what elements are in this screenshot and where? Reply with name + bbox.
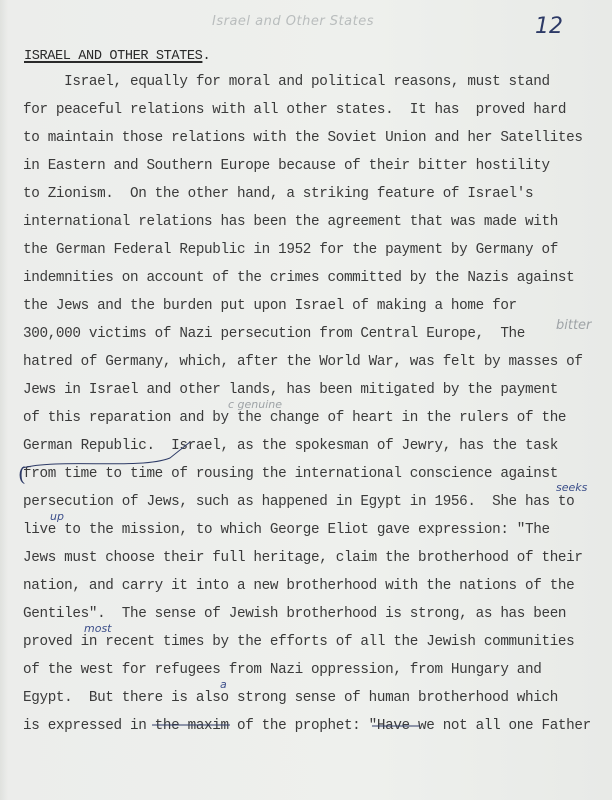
text-line: indemnities on account of the crimes com… — [23, 269, 574, 287]
text-line: live to the mission, to which George Eli… — [23, 521, 550, 539]
text-line: of the west for refugees from Nazi oppre… — [23, 661, 541, 679]
text-line: Israel, equally for moral and political … — [23, 73, 550, 91]
annotation-seeks: seeks — [556, 481, 587, 494]
text-line: the German Federal Republic in 1952 for … — [23, 241, 558, 259]
text-line: to Zionism. On the other hand, a strikin… — [23, 185, 533, 203]
title-text: ISRAEL AND OTHER STATES — [24, 49, 202, 64]
underline-mark — [370, 724, 430, 728]
document-page: Israel and Other States 12 ISRAEL AND OT… — [0, 0, 612, 800]
text-line: of this reparation and by the change of … — [23, 409, 566, 427]
text-line: persecution of Jews, such as happened in… — [23, 493, 574, 511]
text-line: hatred of Germany, which, after the Worl… — [23, 353, 583, 371]
text-line: Jews must choose their full heritage, cl… — [23, 549, 583, 567]
document-title: ISRAEL AND OTHER STATES. — [24, 49, 210, 64]
text-line: nation, and carry it into a new brotherh… — [23, 577, 574, 595]
annotation-most: most — [84, 622, 112, 635]
text-line: to maintain those relations with the Sov… — [23, 129, 583, 147]
text-line: in Eastern and Southern Europe because o… — [23, 157, 550, 175]
text-line: for peaceful relations with all other st… — [23, 101, 566, 119]
annotation-bitter: bitter — [556, 318, 591, 333]
text-line: proved in recent times by the efforts of… — [23, 633, 574, 651]
annotation-a: a — [220, 678, 227, 691]
page-number: 12 — [535, 14, 563, 39]
title-period: . — [202, 49, 210, 64]
text-line: Jews in Israel and other lands, has been… — [23, 381, 558, 399]
handwritten-header: Israel and Other States — [212, 14, 374, 29]
text-line: the Jews and the burden put upon Israel … — [23, 297, 517, 315]
annotation-genuine: c genuine — [228, 398, 282, 411]
text-line: international relations has been the agr… — [23, 213, 558, 231]
text-line: Egypt. But there is also strong sense of… — [23, 689, 558, 707]
annotation-up: up — [50, 510, 64, 523]
text-line: Gentiles". The sense of Jewish brotherho… — [23, 605, 566, 623]
text-line: 300,000 victims of Nazi persecution from… — [23, 325, 525, 343]
text-line: is expressed in the maxim of the prophet… — [23, 717, 591, 735]
strikethrough-mark — [150, 722, 240, 728]
paragraph-insert-mark — [20, 440, 200, 470]
